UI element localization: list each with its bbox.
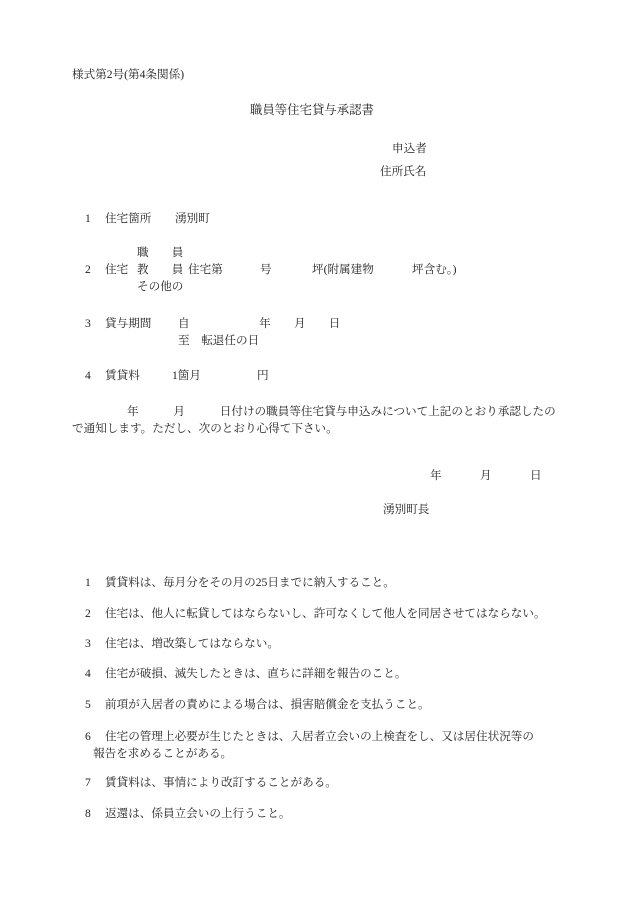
- area-label-close: 坪含む。): [412, 262, 456, 277]
- note-number: 6: [85, 729, 91, 746]
- note-text: 賃貸料は、事情により改訂することがある。: [105, 776, 337, 789]
- housing-type-option-staff: 職 員: [137, 245, 183, 260]
- housing-type-option-other: その他の: [137, 279, 183, 294]
- issue-date-day: 日: [530, 468, 542, 483]
- period-to-line: 至 転退任の日: [178, 333, 259, 348]
- area-label-open: 坪(附属建物: [312, 262, 374, 277]
- note-number: 2: [85, 606, 91, 623]
- note-item: 2住宅は、他人に転貸してはならないし、許可なくして他人を同居させてはならない。: [93, 606, 567, 623]
- field-label: 賃貸料: [105, 368, 140, 383]
- notice-line-2: で通知します。ただし、次のとおり心得て下さい。: [72, 421, 338, 436]
- field-label: 貸与期間: [105, 316, 151, 331]
- note-text: 賃貸料は、毎月分をその月の25日までに納入すること。: [105, 576, 395, 589]
- note-number: 8: [85, 806, 91, 823]
- note-text: 住宅が破損、滅失したときは、直ちに詳細を報告のこと。: [105, 667, 406, 680]
- note-text: 返還は、係員立会いの上行うこと。: [105, 807, 291, 820]
- note-number: 3: [85, 636, 91, 653]
- field-number: 3: [85, 316, 91, 331]
- note-number: 4: [85, 666, 91, 683]
- note-number: 7: [85, 775, 91, 792]
- note-item: 7賃貸料は、事情により改訂することがある。: [93, 775, 567, 792]
- rent-unit-yen: 円: [257, 368, 269, 383]
- note-number: 5: [85, 697, 91, 714]
- field-value: 湧別町: [175, 211, 210, 226]
- address-name-label: 住所氏名: [380, 164, 426, 179]
- rent-period: 1箇月: [172, 368, 201, 383]
- note-item: 8返還は、係員立会いの上行うこと。: [93, 806, 567, 823]
- note-number: 1: [85, 575, 91, 592]
- note-text: 前項が入居者の責めによる場合は、損害賠償金を支払うこと。: [105, 698, 430, 711]
- note-text-continued: 報告を求めることがある。: [93, 746, 567, 763]
- period-from-line: 自 年 月 日: [178, 316, 340, 331]
- issue-date-month: 月: [480, 468, 492, 483]
- applicant-label: 申込者: [392, 141, 427, 156]
- note-text: 住宅の管理上必要が生じたときは、入居者立会いの上検査をし、又は居住状況等の: [105, 730, 534, 743]
- note-item: 5前項が入居者の責めによる場合は、損害賠償金を支払うこと。: [93, 697, 567, 714]
- housing-type-option-teacher: 教 員: [137, 262, 183, 277]
- note-text: 住宅は、他人に転貸してはならないし、許可なくして他人を同居させてはならない。: [105, 607, 546, 620]
- house-number-unit: 号: [260, 262, 272, 277]
- note-item: 3住宅は、増改築してはならない。: [93, 636, 567, 653]
- form-number: 様式第2号(第4条関係): [72, 67, 184, 82]
- house-number-label: 住宅第: [188, 262, 223, 277]
- field-label: 住宅箇所: [105, 211, 151, 226]
- note-text: 住宅は、増改築してはならない。: [105, 637, 279, 650]
- mayor-signature: 湧別町長: [383, 502, 429, 517]
- field-number: 4: [85, 368, 91, 383]
- notice-line-1: 年 月 日付けの職員等住宅貸与申込みについて上記のとおり承認したの: [127, 404, 556, 419]
- document-title: 職員等住宅貸与承認書: [250, 103, 374, 118]
- field-number: 2: [85, 262, 91, 277]
- document-page: 様式第2号(第4条関係) 職員等住宅貸与承認書 申込者 住所氏名 1 住宅箇所 …: [0, 0, 630, 915]
- field-number: 1: [85, 211, 91, 226]
- note-item: 4住宅が破損、滅失したときは、直ちに詳細を報告のこと。: [93, 666, 567, 683]
- field-label: 住宅: [105, 262, 128, 277]
- note-item: 6住宅の管理上必要が生じたときは、入居者立会いの上検査をし、又は居住状況等の報告…: [93, 729, 567, 762]
- issue-date-year: 年: [430, 468, 442, 483]
- note-item: 1賃貸料は、毎月分をその月の25日までに納入すること。: [93, 575, 567, 592]
